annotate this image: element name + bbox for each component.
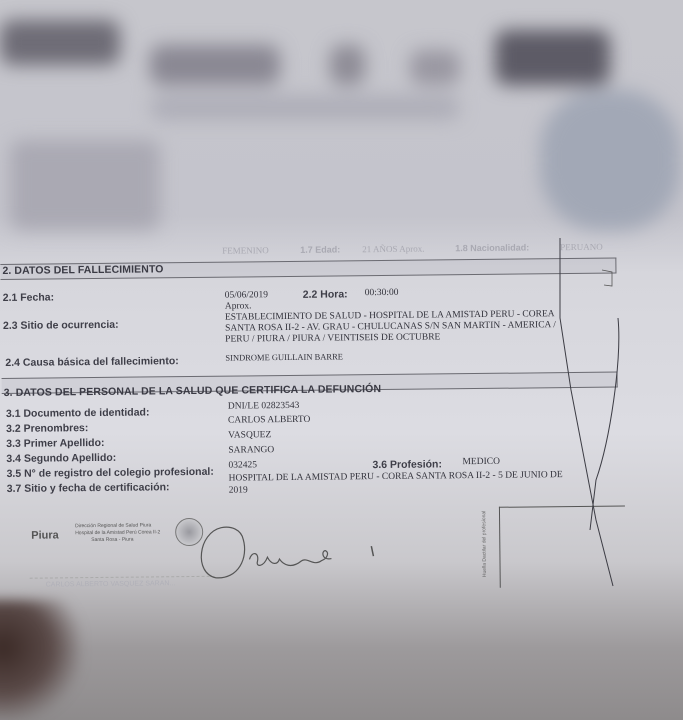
finger-shadow	[0, 600, 80, 720]
pen-strokes	[0, 0, 683, 720]
